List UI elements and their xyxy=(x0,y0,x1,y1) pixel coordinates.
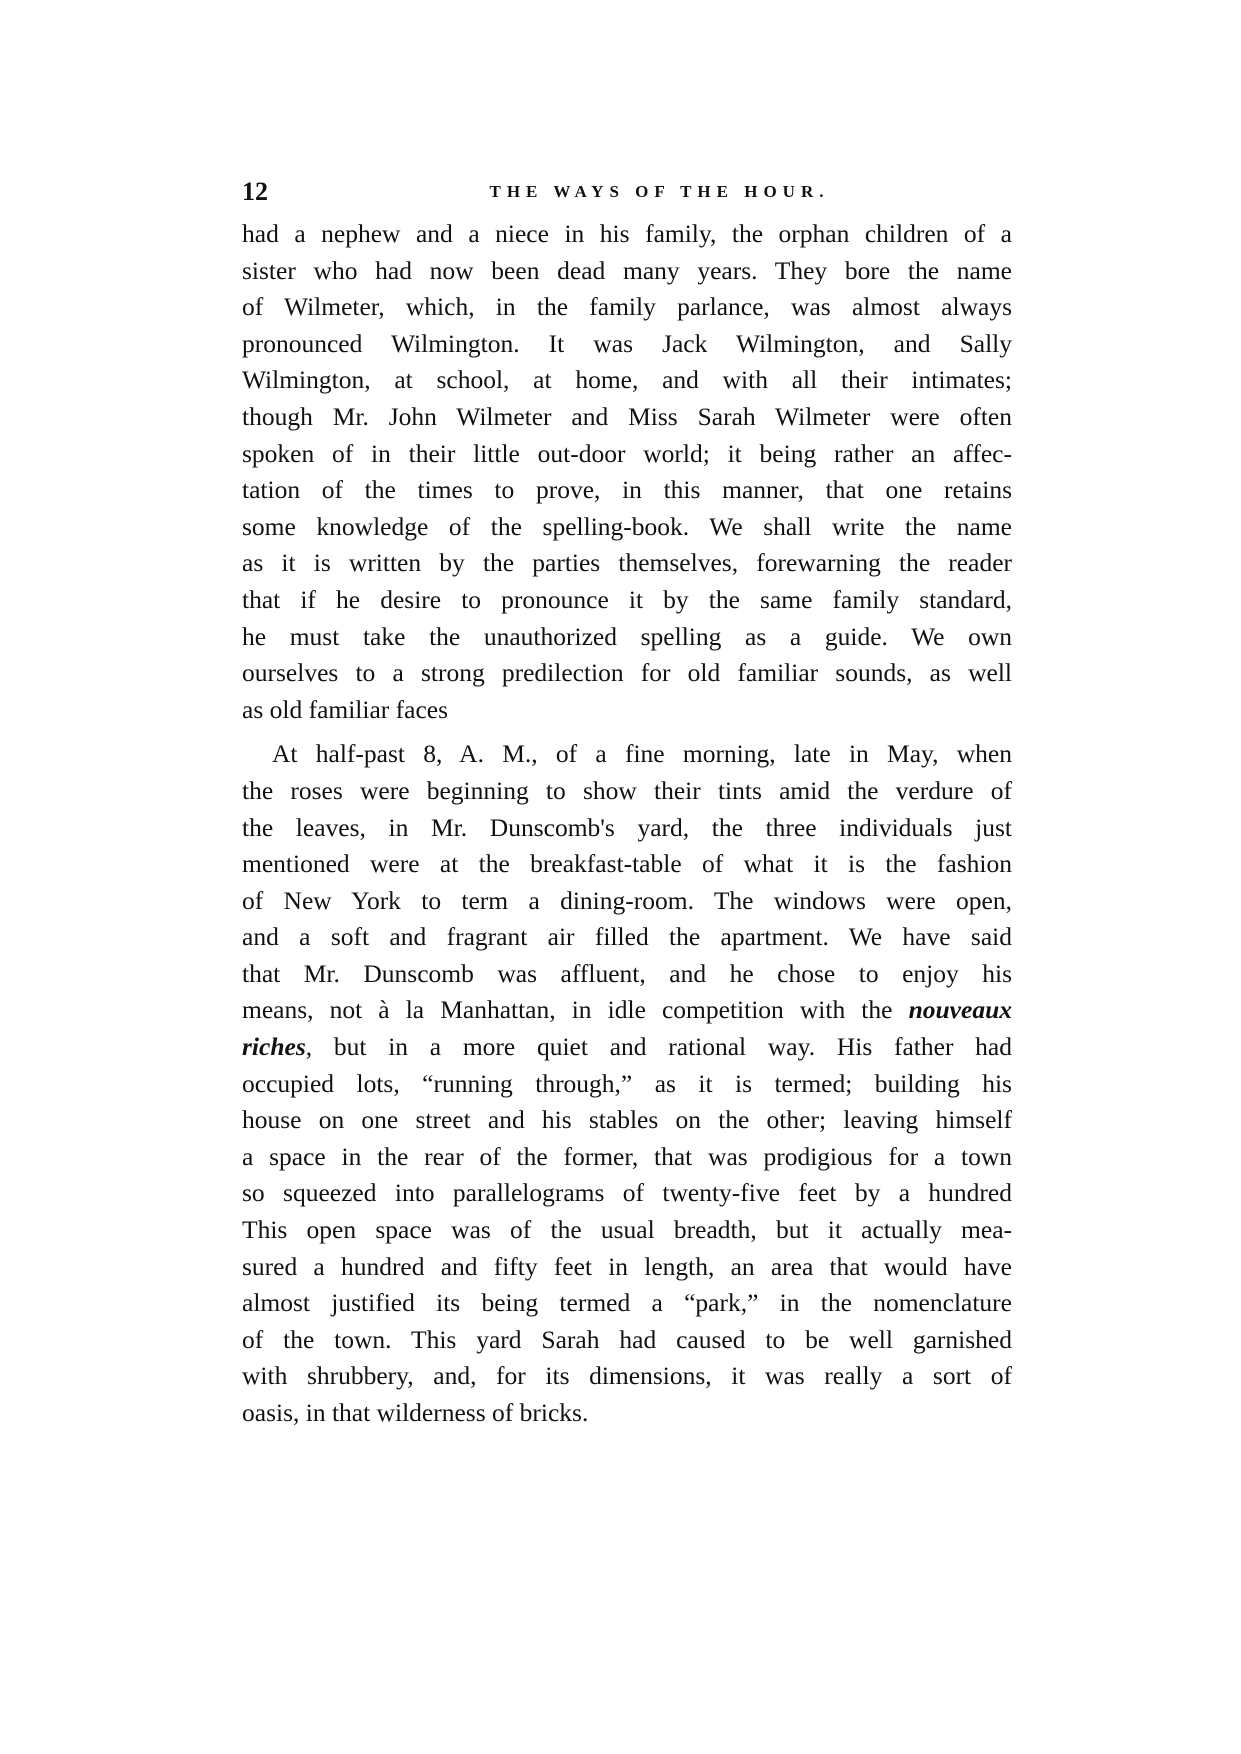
book-page: 12 THE WAYS OF THE HOUR. had a nephew an… xyxy=(242,172,1012,1432)
text-line: that if he desire to pronounce it by the… xyxy=(242,582,1012,619)
text-line: tation of the times to prove, in this ma… xyxy=(242,472,1012,509)
text-line: and a soft and fragrant air filled the a… xyxy=(242,919,1012,956)
text-line: oasis, in that wilderness of bricks. xyxy=(242,1395,1012,1432)
italic-fragment: nouveaux xyxy=(909,995,1012,1024)
text-line: mentioned were at the breakfast-table of… xyxy=(242,846,1012,883)
page-number: 12 xyxy=(242,172,268,212)
text-line: pronounced Wilmington. It was Jack Wilmi… xyxy=(242,326,1012,363)
running-head: 12 THE WAYS OF THE HOUR. xyxy=(242,172,1012,212)
text-line: that Mr. Dunscomb was affluent, and he c… xyxy=(242,956,1012,993)
text-line: At half-past 8, A. M., of a fine morning… xyxy=(242,736,1012,773)
text-line: as old familiar faces xyxy=(242,692,1012,729)
text-line: so squeezed into parallelograms of twent… xyxy=(242,1175,1012,1212)
text-line: as it is written by the parties themselv… xyxy=(242,545,1012,582)
text-fragment: , but in a more quiet and rational way. … xyxy=(306,1032,1012,1061)
text-line: Wilmington, at school, at home, and with… xyxy=(242,362,1012,399)
text-line: the leaves, in Mr. Dunscomb's yard, the … xyxy=(242,810,1012,847)
text-line: a space in the rear of the former, that … xyxy=(242,1139,1012,1176)
text-line: had a nephew and a niece in his family, … xyxy=(242,216,1012,253)
text-line: of New York to term a dining-room. The w… xyxy=(242,883,1012,920)
running-title: THE WAYS OF THE HOUR. xyxy=(307,172,1012,212)
text-line: occupied lots, “running through,” as it … xyxy=(242,1066,1012,1103)
text-line-with-italic: riches, but in a more quiet and rational… xyxy=(242,1029,1012,1066)
italic-fragment: riches xyxy=(242,1032,306,1061)
text-line: he must take the unauthorized spelling a… xyxy=(242,619,1012,656)
text-line: sister who had now been dead many years.… xyxy=(242,253,1012,290)
paragraph-2: At half-past 8, A. M., of a fine morning… xyxy=(242,736,1012,1431)
text-line: almost justified its being termed a “par… xyxy=(242,1285,1012,1322)
text-line: of the town. This yard Sarah had caused … xyxy=(242,1322,1012,1359)
text-line: the roses were beginning to show their t… xyxy=(242,773,1012,810)
text-line: ourselves to a strong predilection for o… xyxy=(242,655,1012,692)
paragraph-1: had a nephew and a niece in his family, … xyxy=(242,216,1012,728)
text-line: of Wilmeter, which, in the family parlan… xyxy=(242,289,1012,326)
body-text: had a nephew and a niece in his family, … xyxy=(242,216,1012,1432)
text-line: sured a hundred and fifty feet in length… xyxy=(242,1249,1012,1286)
paragraph-gap xyxy=(242,728,1012,736)
text-line: though Mr. John Wilmeter and Miss Sarah … xyxy=(242,399,1012,436)
text-line: This open space was of the usual breadth… xyxy=(242,1212,1012,1249)
text-line-with-italic: means, not à la Manhattan, in idle compe… xyxy=(242,992,1012,1029)
text-line: spoken of in their little out-door world… xyxy=(242,436,1012,473)
text-fragment: means, not à la Manhattan, in idle compe… xyxy=(242,995,909,1024)
text-line: some knowledge of the spelling-book. We … xyxy=(242,509,1012,546)
text-line: house on one street and his stables on t… xyxy=(242,1102,1012,1139)
text-line: with shrubbery, and, for its dimensions,… xyxy=(242,1358,1012,1395)
